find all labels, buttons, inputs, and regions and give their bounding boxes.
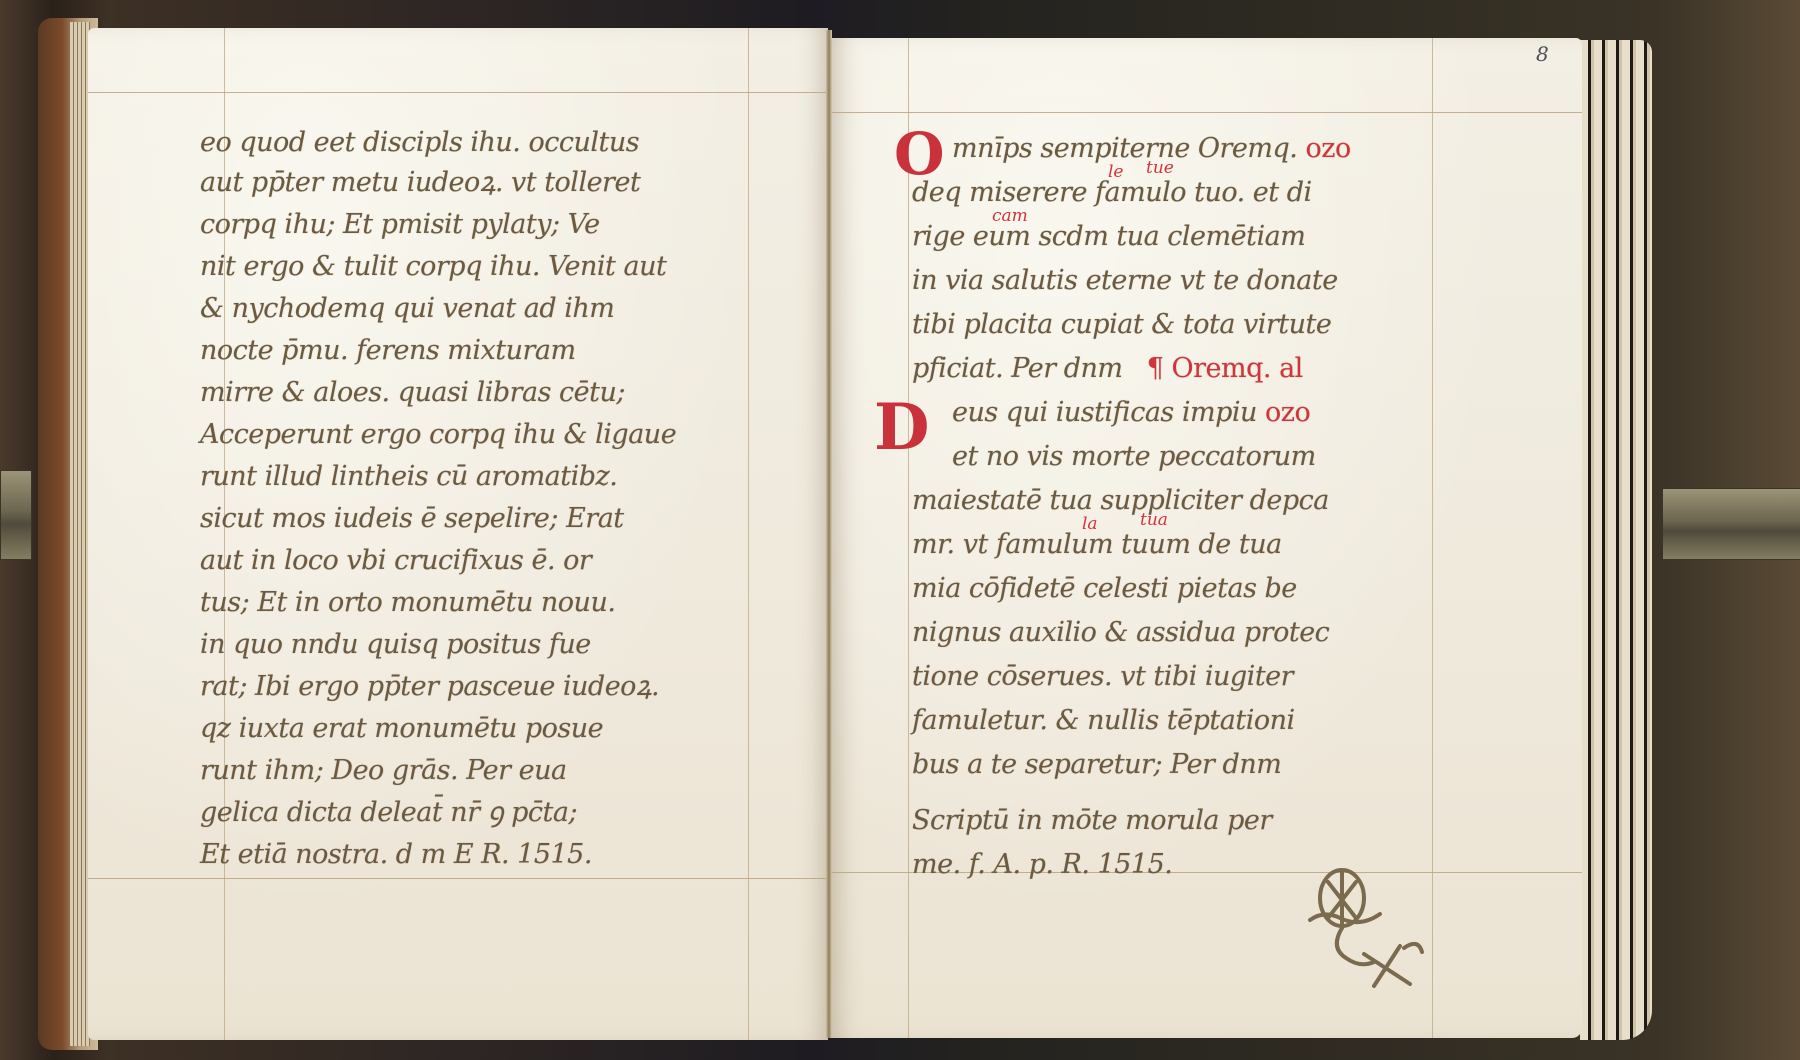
text-line: tus; Et in orto monumētu nouu. [200,588,615,618]
interlinear-correction: tue [1146,158,1174,178]
text-line: aut in loco vbi crucifixus ē. or [200,546,591,576]
text-line: tione cōserues. vt tibi iugiter [912,662,1293,692]
page-edges-left [70,22,90,1046]
right-page: 8 O D mnīps sempiterne Oremq. ozo deq mi… [832,38,1582,1038]
colophon-line: me. f. A. p. R. 1515. [912,850,1172,880]
interlinear-correction: tua [1140,510,1168,530]
left-page: eo quod eet discipls ihu. occultus aut p… [88,28,828,1040]
text-line: famuletur. & nullis tēptationi [912,706,1295,736]
scribe-monogram-icon [1300,858,1440,998]
text-line: mirre & aloes. quasi libras cētu; [200,378,625,408]
text-line: gelica dicta deleat̄ nr̄ ꝯ pc̄ta; [200,798,577,828]
left-text-block: eo quod eet discipls ihu. occultus aut p… [200,128,760,888]
text-line: rat; Ibi ergo pp̄ter pasceue iudeoꝝ. [200,672,659,702]
text-line: pficiat. Per dnm ¶ Oremq. al [912,354,1303,384]
text-line: maiestatē tua suppliciter depca [912,486,1329,516]
text-line: runt ihm; Deo grās. Per eua [200,756,567,786]
text-line: & nychodemq qui venat ad ihm [200,294,614,324]
text-line: et no vis morte peccatorum [952,442,1316,472]
folio-number: 8 [1536,42,1549,66]
clasp-right [1662,488,1800,560]
text-line: corpq ihu; Et pmisit pylaty; Ve [200,210,600,240]
ruling-line [88,92,828,93]
text-line: eus qui iustificas impiu ozo [952,398,1310,428]
text-line: bus a te separetur; Per dnm [912,750,1281,780]
text-line: nocte p̄mu. ferens mixturam [200,336,576,366]
text-line: mr. vt famulum tuum de tua [912,530,1282,560]
text-line: tibi placita cupiat & tota virtute [912,310,1331,340]
ruling-line [908,38,909,1038]
ruling-line [832,112,1582,113]
text-line: nignus auxilio & assidua protec [912,618,1329,648]
text-line: rige eum scdm tua clemētiam [912,222,1305,252]
text-line: runt illud lintheis cū aromatibz. [200,462,617,492]
text-line: aut pp̄ter metu iudeoꝝ. vt tolleret [200,168,640,198]
text-line: eo quod eet discipls ihu. occultus [200,128,639,158]
text-line: in quo nndu quisq positus fue [200,630,591,660]
text-line: sicut mos iudeis ē sepelire; Erat [200,504,624,534]
text-line: deq miserere famulo tuo. et di [912,178,1312,208]
text-line: mia cōfidetē celesti pietas be [912,574,1297,604]
text-line: Et etiā nostra. d m E R. 1515. [200,840,592,870]
manuscript-photo: eo quod eet discipls ihu. occultus aut p… [0,0,1800,1060]
page-edges-right [1580,40,1652,1040]
text-line: nit ergo & tulit corpq ihu. Venit aut [200,252,666,282]
colophon-line: Scriptū in mōte morula per [912,806,1272,836]
interlinear-correction: le [1108,162,1124,182]
text-line: Acceperunt ergo corpq ihu & ligaue [200,420,676,450]
text-line: qz iuxta erat monumētu posue [200,714,603,744]
interlinear-correction: cam [992,206,1028,226]
text-line: in via salutis eterne vt te donate [912,266,1338,296]
interlinear-correction: la [1082,514,1098,534]
clasp-left [0,470,32,560]
right-text-block: mnīps sempiterne Oremq. ozo deq miserere… [912,134,1452,834]
